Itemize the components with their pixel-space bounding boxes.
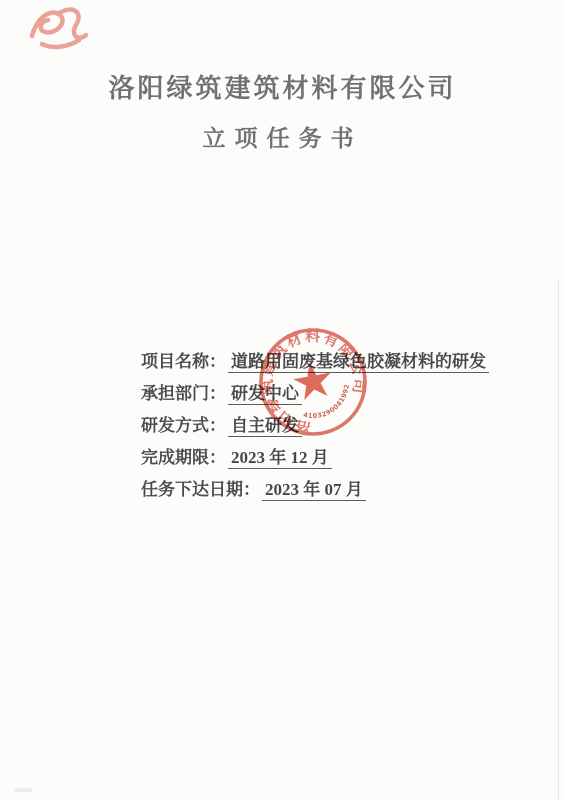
field-row-issue-date: 任务下达日期：2023 年 07 月	[141, 480, 501, 500]
company-title: 洛阳绿筑建筑材料有限公司	[0, 68, 565, 105]
field-label: 任务下达日期：	[141, 480, 260, 499]
document-title: 立项任务书	[0, 120, 565, 153]
field-value: 2023 年 07 月	[262, 480, 366, 501]
field-row-deadline: 完成期限：2023 年 12 月	[141, 448, 501, 468]
field-label: 完成期限：	[141, 448, 226, 467]
field-value: 2023 年 12 月	[228, 448, 332, 469]
scan-smudge	[14, 788, 32, 792]
red-scribble-mark	[24, 2, 98, 60]
company-seal-stamp: 洛阳绿筑建筑材料有限公司 4103290041992	[251, 320, 375, 444]
field-label: 研发方式：	[141, 416, 226, 435]
seal-star-icon	[291, 359, 335, 401]
field-label: 项目名称：	[141, 352, 226, 371]
scanned-document-page: 洛阳绿筑建筑材料有限公司 立项任务书 项目名称：道路用固废基绿色胶凝材料的研发 …	[0, 0, 565, 800]
field-label: 承担部门：	[141, 384, 226, 403]
scan-edge-line	[558, 280, 559, 800]
